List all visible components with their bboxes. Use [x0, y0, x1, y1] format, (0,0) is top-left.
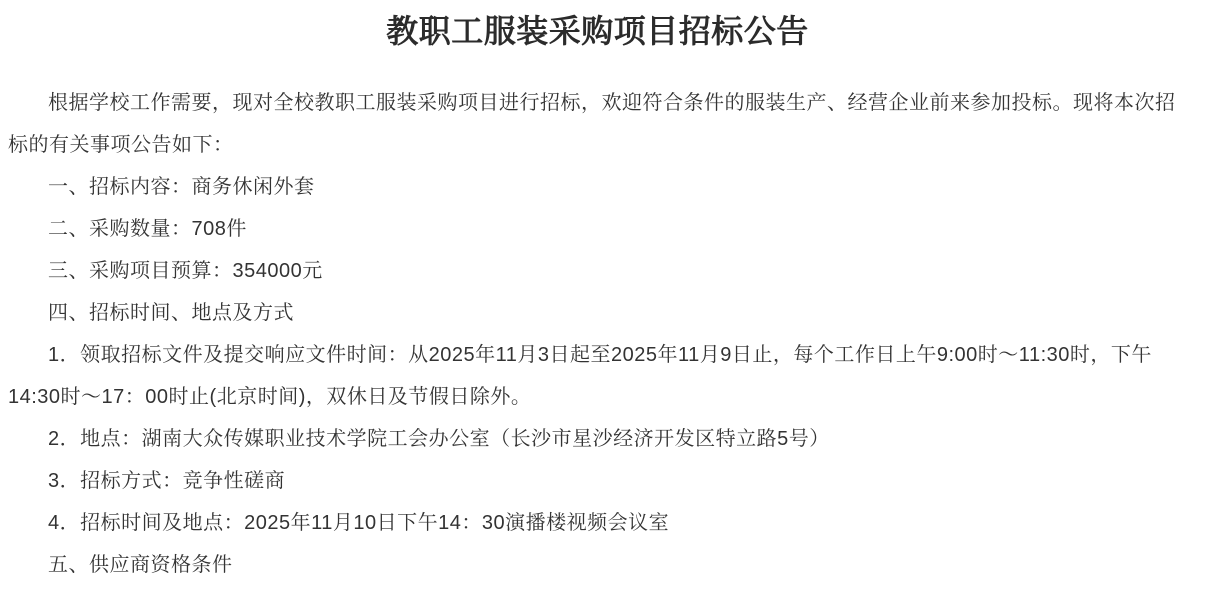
section-5-heading-supplier-qualifications: 五、供应商资格条件 — [8, 544, 1187, 586]
item-2-location: 2．地点：湖南大众传媒职业技术学院工会办公室（长沙市星沙经济开发区特立路5号） — [8, 418, 1187, 460]
section-2-purchase-quantity: 二、采购数量：708件 — [8, 208, 1187, 250]
page-title: 教职工服装采购项目招标公告 — [8, 10, 1187, 52]
item-1-document-collection-time: 1．领取招标文件及提交响应文件时间：从2025年11月3日起至2025年11月9… — [8, 334, 1187, 418]
section-1-tender-content: 一、招标内容：商务休闲外套 — [8, 166, 1187, 208]
section-3-project-budget: 三、采购项目预算：354000元 — [8, 250, 1187, 292]
paragraph-intro: 根据学校工作需要，现对全校教职工服装采购项目进行招标，欢迎符合条件的服装生产、经… — [8, 82, 1187, 166]
item-4-tender-time-and-place: 4．招标时间及地点：2025年11月10日下午14：30演播楼视频会议室 — [8, 502, 1187, 544]
tender-announcement-document: 教职工服装采购项目招标公告 根据学校工作需要，现对全校教职工服装采购项目进行招标… — [0, 10, 1227, 586]
item-3-tender-method: 3．招标方式：竞争性磋商 — [8, 460, 1187, 502]
section-4-heading-time-place-method: 四、招标时间、地点及方式 — [8, 292, 1187, 334]
